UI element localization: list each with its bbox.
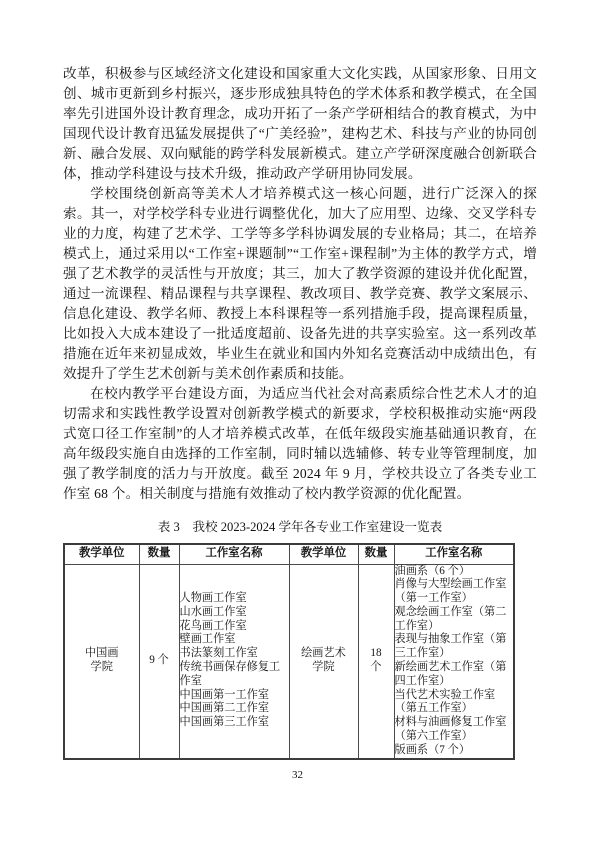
- header-count-left: 数量: [139, 544, 179, 564]
- workshop-name: 版画系（7 个）: [395, 744, 514, 758]
- workshop-name: 油画系（6 个）: [395, 565, 514, 579]
- header-workshops-left: 工作室名称: [179, 544, 289, 564]
- table-caption: 表 3我校 2023-2024 学年各专业工作室建设一览表: [63, 517, 537, 537]
- table-caption-label: 表 3: [158, 520, 180, 534]
- body-paragraph-2: 学校围绕创新高等美术人才培养模式这一核心问题，进行广泛深入的探索。其一，对学校学…: [63, 184, 537, 384]
- workshop-name: 材料与油画修复工作室（第六工作室）: [395, 716, 514, 744]
- workshop-name: 观念绘画工作室（第二工作室）: [395, 606, 514, 634]
- workshop-name: 中国画第一工作室: [180, 689, 289, 703]
- workshop-name: 当代艺术实验工作室（第五工作室）: [395, 689, 514, 717]
- workshop-name: 中国画第二工作室: [180, 702, 289, 716]
- workshop-name: 山水画工作室: [180, 606, 289, 620]
- workshops-list-left: 人物画工作室山水画工作室花鸟画工作室壁画工作室书法篆刻工作室传统书画保存修复工作…: [180, 592, 289, 730]
- workshop-name: 花鸟画工作室: [180, 620, 289, 634]
- unit-cell-left: 中国画学院: [64, 564, 139, 759]
- body-paragraph-3: 在校内教学平台建设方面，为适应当代社会对高素质综合性艺术人才的迫切需求和实践性教…: [63, 384, 537, 504]
- table-body-row: 中国画学院 9 个 人物画工作室山水画工作室花鸟画工作室壁画工作室书法篆刻工作室…: [64, 564, 514, 759]
- workshops-cell-left: 人物画工作室山水画工作室花鸟画工作室壁画工作室书法篆刻工作室传统书画保存修复工作…: [179, 564, 289, 759]
- workshop-name: 中国画第三工作室: [180, 716, 289, 730]
- text-content: 改革，积极参与区域经济文化建设和国家重大文化实践，从国家形象、日用文创、城市更新…: [63, 64, 537, 760]
- count-cell-right: 18 个: [358, 564, 394, 759]
- document-page: 改革，积极参与区域经济文化建设和国家重大文化实践，从国家形象、日用文创、城市更新…: [0, 0, 595, 842]
- workshop-name: 表现与抽象工作室（第三工作室）: [395, 633, 514, 661]
- count-cell-left: 9 个: [139, 564, 179, 759]
- workshops-list-right: 油画系（6 个）肖像与大型绘画工作室（第一工作室）观念绘画工作室（第二工作室）表…: [395, 565, 514, 758]
- table-header-row: 教学单位 数量 工作室名称 教学单位 数量 工作室名称: [64, 544, 514, 564]
- count-value: 18 个: [364, 647, 389, 675]
- workshops-table: 教学单位 数量 工作室名称 教学单位 数量 工作室名称 中国画学院 9 个: [63, 543, 515, 760]
- unit-cell-right: 绘画艺术学院: [289, 564, 358, 759]
- header-unit-left: 教学单位: [64, 544, 139, 564]
- workshop-name: 书法篆刻工作室: [180, 647, 289, 661]
- unit-name: 中国画学院: [83, 647, 121, 675]
- header-unit-right: 教学单位: [289, 544, 358, 564]
- workshop-name: 传统书画保存修复工作室: [180, 661, 289, 689]
- table-caption-title: 我校 2023-2024 学年各专业工作室建设一览表: [192, 520, 442, 534]
- workshop-name: 壁画工作室: [180, 633, 289, 647]
- header-workshops-right: 工作室名称: [394, 544, 514, 564]
- workshop-name: 新绘画艺术工作室（第四工作室）: [395, 661, 514, 689]
- body-paragraph-1: 改革，积极参与区域经济文化建设和国家重大文化实践，从国家形象、日用文创、城市更新…: [63, 64, 537, 184]
- workshops-cell-right: 油画系（6 个）肖像与大型绘画工作室（第一工作室）观念绘画工作室（第二工作室）表…: [394, 564, 514, 759]
- page-number: 32: [0, 768, 595, 782]
- count-value: 9 个: [140, 654, 179, 668]
- workshop-name: 人物画工作室: [180, 592, 289, 606]
- header-count-right: 数量: [358, 544, 394, 564]
- workshop-name: 肖像与大型绘画工作室（第一工作室）: [395, 578, 514, 606]
- unit-name: 绘画艺术学院: [299, 647, 348, 675]
